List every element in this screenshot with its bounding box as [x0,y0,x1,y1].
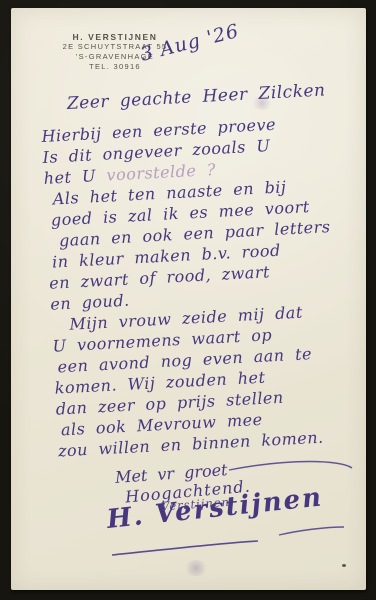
body-line-text: het U [43,166,107,188]
ink-smudge [183,560,209,576]
letterhead-phone: TEL. 30916 [35,62,195,72]
scan-background: H. VERSTIJNEN 2E SCHUYTSTRAAT 55 'S-GRAV… [0,0,376,600]
paper-speck [342,564,346,567]
ink-smudge [251,96,273,110]
salutation: Zeer geachte Heer Zilcken [66,80,326,114]
letter-body: Hierbij een eerste proeve Is dit ongevee… [41,108,376,461]
letter-paper: H. VERSTIJNEN 2E SCHUYTSTRAAT 55 'S-GRAV… [11,8,366,590]
